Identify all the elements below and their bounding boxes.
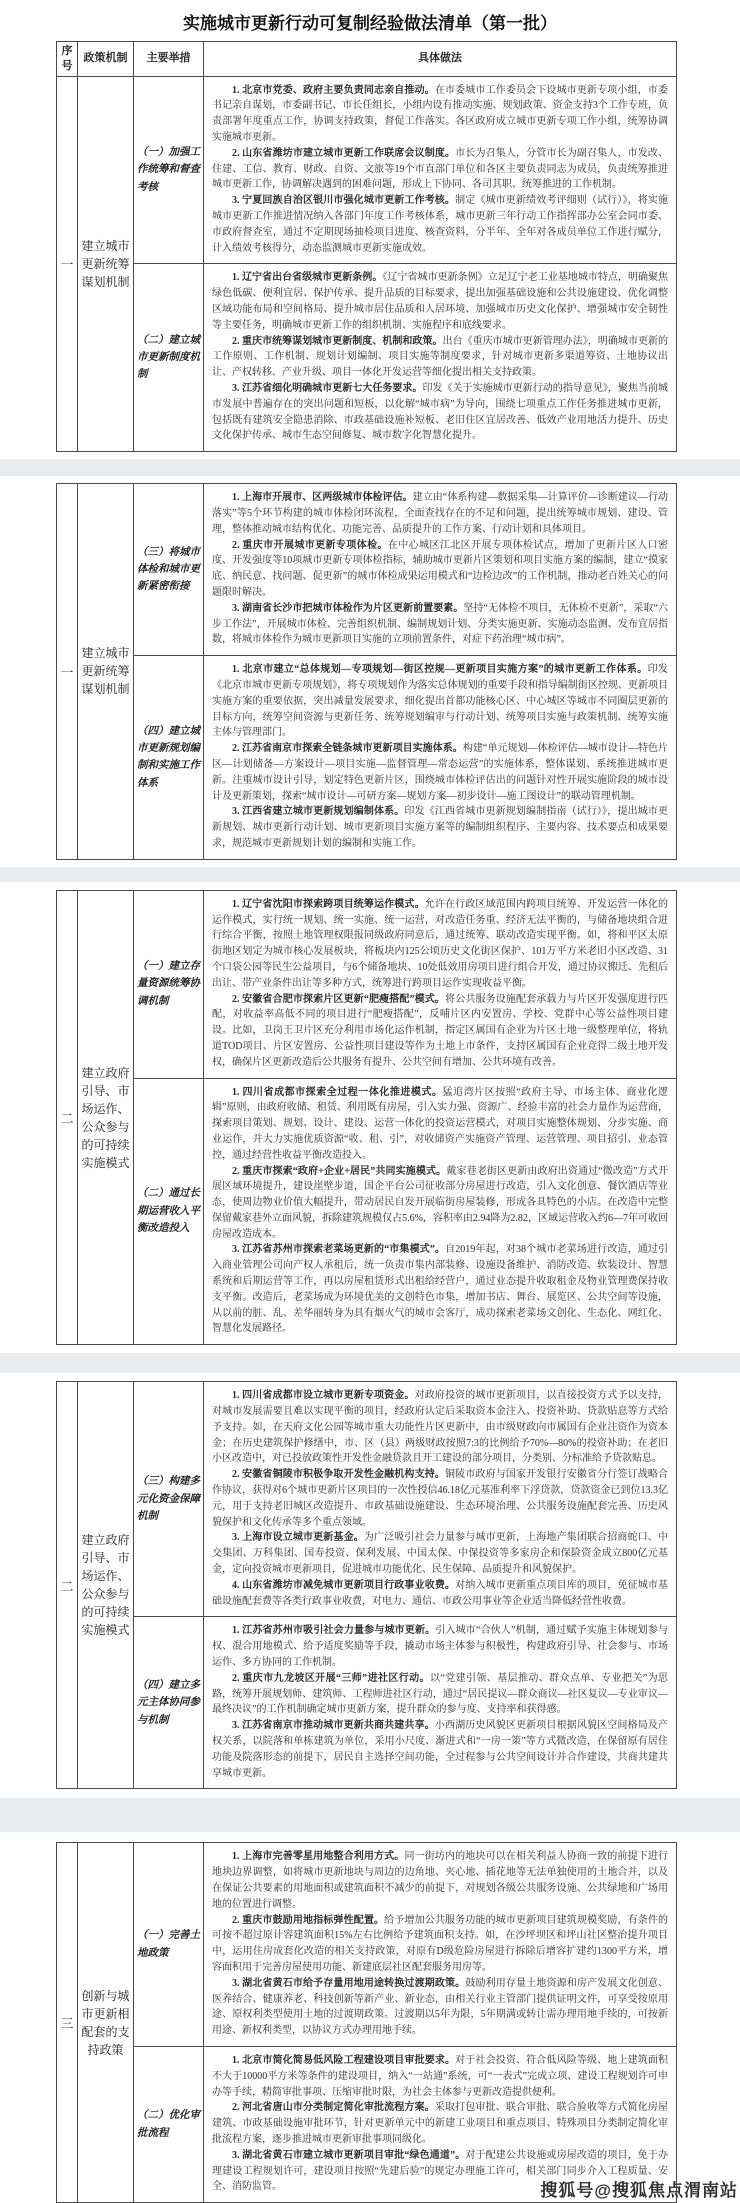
practice-item-lead: 3. 湖北省黄石市给予存量用地用途转换过渡期政策。 — [232, 1978, 465, 1989]
practice-item-lead: 3. 江苏省南京市推动城市更新共商共建共享。 — [232, 1720, 435, 1731]
policy-table-block-3: 二 建立政府引导、市场运作、公众参与的可持续实施模式 （一）建立存量资源统筹协调… — [56, 890, 677, 1346]
policy-table-block-2: 一 建立城市更新统筹谋划机制 （三）将城市体检和城市更新紧密衔接 1. 上海市开… — [56, 483, 677, 860]
measure-label: （四）建立城市更新规划编制和实施工作体系 — [134, 656, 204, 860]
practice-item-lead: 1. 北京市党委、政府主要负责同志亲自推动。 — [232, 85, 435, 96]
practice-item: 2. 重庆市九龙坡区开展“三师”进社区行动。以“党建引领、基层推动、群众点单、专… — [212, 1671, 668, 1718]
mechanism-cell: 建立政府引导、市场运作、公众参与的可持续实施模式 — [78, 890, 134, 1345]
practice-cell: 1. 辽宁省沈阳市探索跨项目统筹运作模式。允许在行政区域范围内跨项目统筹、开发运… — [204, 890, 677, 1078]
table-row: （二）建立城市更新制度机制 1. 辽宁省出台省级城市更新条例。《辽宁省城市更新条… — [57, 264, 677, 452]
practice-cell: 1. 北京市党委、政府主要负责同志亲自推动。在市委城市工作委员会下设城市更新专项… — [204, 76, 677, 264]
practice-item-lead: 3. 江苏省苏州市探索老菜场更新的“市集模式”。 — [232, 1244, 445, 1255]
practice-item: 2. 河北省唐山市分类制定简化审批流程方案。采取打包审批、联合审批、联合验收等方… — [212, 2100, 668, 2147]
practice-item: 3. 江苏省南京市推动城市更新共商共建共享。小西湖历史风貌区更新项目根据风貌区空… — [212, 1718, 668, 1781]
practice-cell: 1. 四川省成都市探索全过程一体化推进模式。猛追湾片区按照“政府主导、市场主体、… — [204, 1078, 677, 1345]
measure-label: （四）建立多元主体协同参与机制 — [134, 1617, 204, 1789]
practice-item: 2. 重庆市探索“政府+企业+居民”共同实施模式。戴家巷老街区更新由政府出资通过… — [212, 1164, 668, 1243]
practice-item: 2. 安徽省合肥市探索片区更新“肥瘦搭配”模式。将公共服务设施配套承载力与片区开… — [212, 992, 668, 1071]
practice-item: 2. 重庆市统筹谋划城市更新制度、机制和政策。出台《重庆市城市更新管理办法》，明… — [212, 334, 668, 381]
header-practice: 具体做法 — [204, 42, 677, 77]
practice-cell: 1. 四川省成都市设立城市更新专项资金。对政府投资的城市更新项目，以直接投资方式… — [204, 1382, 677, 1617]
practice-item: 1. 辽宁省出台省级城市更新条例。《辽宁省城市更新条例》立足辽宁老工业基地城市特… — [212, 270, 668, 333]
practice-item-text: 对政府投资的城市更新项目，以直接投资方式予以支持，对城市发展需要且难以实现平衡的… — [212, 1390, 668, 1464]
table-row: 二 建立政府引导、市场运作、公众参与的可持续实施模式 （三）构建多元化资金保障机… — [57, 1382, 677, 1617]
page-gap — [0, 1798, 740, 1832]
header-measure: 主要举措 — [134, 42, 204, 77]
practice-item: 2. 重庆市开展城市更新专项体检。在中心城区江北区开展专项体检试点，增加了更新片… — [212, 538, 668, 601]
mechanism-cell: 建立城市更新统筹谋划机制 — [78, 76, 134, 452]
practice-cell: 1. 辽宁省出台省级城市更新条例。《辽宁省城市更新条例》立足辽宁老工业基地城市特… — [204, 264, 677, 452]
serial-cell: 三 — [57, 1843, 78, 2203]
header-no: 序号 — [57, 42, 78, 77]
policy-table-block-5: 三 创新与城市更新相配套的支持政策 （一）完善土地政策 1. 上海市完善零星用地… — [56, 1842, 677, 2203]
document-page: 实施城市更新行动可复制经验做法清单（第一批） 序号 政策机制 主要举措 具体做法… — [0, 0, 740, 2203]
practice-item-lead: 1. 北京市简化简易低风险工程建设项目审批要求。 — [232, 2055, 455, 2066]
practice-item-lead: 1. 辽宁省沈阳市探索跨项目统筹运作模式。 — [232, 899, 425, 910]
table-row: 三 创新与城市更新相配套的支持政策 （一）完善土地政策 1. 上海市完善零星用地… — [57, 1843, 677, 2047]
practice-item-lead: 2. 山东省潍坊市建立城市更新工作联席会议制度。 — [232, 148, 455, 159]
practice-item: 2. 山东省潍坊市建立城市更新工作联席会议制度。市长为召集人，分管市长为副召集人… — [212, 146, 668, 193]
practice-item: 3. 上海市设立城市更新基金。为广泛吸引社会力量参与城市更新，上海地产集团联合招… — [212, 1530, 668, 1577]
serial-cell: 二 — [57, 890, 78, 1345]
practice-item: 1. 辽宁省沈阳市探索跨项目统筹运作模式。允许在行政区域范围内跨项目统筹、开发运… — [212, 897, 668, 992]
page-gap — [0, 459, 740, 476]
measure-label: （三）构建多元化资金保障机制 — [134, 1382, 204, 1617]
measure-label: （二）优化审批流程 — [134, 2046, 204, 2202]
watermark: 搜狐号@搜狐焦点渭南站 — [540, 2176, 738, 2201]
practice-item-lead: 1. 上海市开展市、区两级城市体检评估。 — [232, 492, 413, 503]
table-row: （四）建立城市更新规划编制和实施工作体系 1. 北京市建立“总体规划—专项规划—… — [57, 656, 677, 860]
measure-label: （三）将城市体检和城市更新紧密衔接 — [134, 484, 204, 656]
practice-item: 3. 江苏省细化明确城市更新七大任务要求。印发《关于实施城市更新行动的指导意见》… — [212, 381, 668, 444]
practice-item-lead: 3. 江苏省细化明确城市更新七大任务要求。 — [232, 383, 422, 394]
measure-label: （一）完善土地政策 — [134, 1843, 204, 2047]
page-gap — [0, 1353, 740, 1373]
practice-cell: 1. 上海市开展市、区两级城市体检评估。建立由“体系构建—数据采集—计算评价—诊… — [204, 484, 677, 656]
practice-item: 1. 四川省成都市探索全过程一体化推进模式。猛追湾片区按照“政府主导、市场主体、… — [212, 1085, 668, 1164]
serial-cell: 一 — [57, 76, 78, 452]
practice-item-lead: 1. 江苏省苏州市吸引社会力量参与城市更新。 — [232, 1625, 435, 1636]
practice-item: 1. 四川省成都市设立城市更新专项资金。对政府投资的城市更新项目，以直接投资方式… — [212, 1388, 668, 1467]
measure-label: （一）建立存量资源统筹协调机制 — [134, 890, 204, 1078]
practice-item: 4. 山东省潍坊市减免城市更新项目行政事业收费。对纳入城市更新重点项目库的项目，… — [212, 1578, 668, 1610]
measure-label: （二）通过长期运营收入平衡改造投入 — [134, 1078, 204, 1345]
table-header-row: 序号 政策机制 主要举措 具体做法 — [57, 42, 677, 77]
table-row: （四）建立多元主体协同参与机制 1. 江苏省苏州市吸引社会力量参与城市更新。引入… — [57, 1617, 677, 1789]
practice-item: 3. 湖南省长沙市把城市体检作为片区更新前置要素。坚持“无体检不项目，无体检不更… — [212, 601, 668, 648]
serial-cell: 二 — [57, 1382, 78, 1789]
practice-item-lead: 1. 辽宁省出台省级城市更新条例。 — [232, 272, 382, 283]
practice-item: 1. 江苏省苏州市吸引社会力量参与城市更新。引入城市“合伙人”机制，通过赋予实施… — [212, 1623, 668, 1670]
mechanism-cell: 建立政府引导、市场运作、公众参与的可持续实施模式 — [78, 1382, 134, 1789]
table-row: 二 建立政府引导、市场运作、公众参与的可持续实施模式 （一）建立存量资源统筹协调… — [57, 890, 677, 1078]
mechanism-cell: 创新与城市更新相配套的支持政策 — [78, 1843, 134, 2203]
mechanism-cell: 建立城市更新统筹谋划机制 — [78, 484, 134, 860]
page-gap — [0, 867, 740, 882]
practice-item-lead: 2. 河北省唐山市分类制定简化审批流程方案。 — [232, 2102, 435, 2113]
practice-item-text: 自2019年起，对38个城市老菜场进行改造，通过引入商业管理公司向产权人承租后，… — [212, 1244, 668, 1334]
measure-label: （二）建立城市更新制度机制 — [134, 264, 204, 452]
practice-item-text: 印发《北京市城市更新专项规划》，将专项规划作为落实总体规划的重要手段和指导编制街… — [212, 664, 668, 738]
practice-item-lead: 1. 四川省成都市设立城市更新专项资金。 — [232, 1390, 415, 1401]
table-row: （二）通过长期运营收入平衡改造投入 1. 四川省成都市探索全过程一体化推进模式。… — [57, 1078, 677, 1345]
practice-item-lead: 1. 四川省成都市探索全过程一体化推进模式。 — [232, 1087, 443, 1098]
practice-item: 1. 上海市开展市、区两级城市体检评估。建立由“体系构建—数据采集—计算评价—诊… — [212, 490, 668, 537]
practice-item: 2. 重庆市鼓励用地指标弹性配置。给予增加公共服务功能的城市更新项目建筑规模奖励… — [212, 1913, 668, 1976]
practice-item: 2. 江苏省南京市探索全链条城市更新项目实施体系。构建“单元规划—体检评估—城市… — [212, 741, 668, 804]
policy-table-block-1: 序号 政策机制 主要举措 具体做法 一 建立城市更新统筹谋划机制 （一）加强工作… — [56, 41, 677, 452]
practice-item-lead: 2. 安徽省合肥市探索片区更新“肥瘦搭配”模式。 — [232, 994, 445, 1005]
practice-item-lead: 2. 江苏省南京市探索全链条城市更新项目实施体系。 — [232, 743, 463, 754]
serial-cell: 一 — [57, 484, 78, 860]
practice-item: 3. 湖北省黄石市给予存量用地用途转换过渡期政策。鼓励利用存量土地资源和房产发展… — [212, 1976, 668, 2039]
practice-item-lead: 3. 湖南省长沙市把城市体检作为片区更新前置要素。 — [232, 603, 463, 614]
practice-item-lead: 3. 上海市设立城市更新基金。 — [232, 1532, 364, 1543]
practice-item: 1. 北京市简化简易低风险工程建设项目审批要求。对于社会投资、符合低风险等级、地… — [212, 2053, 668, 2100]
practice-item-lead: 2. 重庆市开展城市更新专项体检。 — [232, 540, 388, 551]
practice-cell: 1. 北京市建立“总体规划—专项规划—街区控规—更新项目实施方案”的城市更新工作… — [204, 656, 677, 860]
practice-item-text: 允许在行政区域范围内跨项目统筹、开发运营一体化的运作模式，实行统一规划、统一实施… — [212, 899, 668, 989]
practice-cell: 1. 上海市完善零星用地整合利用方式。同一街坊内的地块可以在相关利益人协商一致的… — [204, 1843, 677, 2047]
header-mechanism: 政策机制 — [78, 42, 134, 77]
page-title: 实施城市更新行动可复制经验做法清单（第一批） — [0, 0, 740, 41]
practice-item-lead: 3. 宁夏回族自治区银川市强化城市更新工作考核。 — [232, 195, 455, 206]
practice-item: 2. 安徽省铜陵市积极争取开发性金融机构支持。铜陵市政府与国家开发银行安徽省分行… — [212, 1467, 668, 1530]
practice-cell: 1. 江苏省苏州市吸引社会力量参与城市更新。引入城市“合伙人”机制，通过赋予实施… — [204, 1617, 677, 1789]
table-row: 一 建立城市更新统筹谋划机制 （一）加强工作统筹和督查考核 1. 北京市党委、政… — [57, 76, 677, 264]
practice-item-lead: 4. 山东省潍坊市减免城市更新项目行政事业收费。 — [232, 1580, 455, 1591]
practice-item: 3. 江西省建立城市更新规划编制体系。印发《江西省城市更新规划编制指南（试行）》… — [212, 804, 668, 851]
practice-item: 1. 上海市完善零星用地整合利用方式。同一街坊内的地块可以在相关利益人协商一致的… — [212, 1849, 668, 1912]
practice-item-lead: 2. 重庆市探索“政府+企业+居民”共同实施模式。 — [232, 1166, 446, 1177]
practice-item: 3. 宁夏回族自治区银川市强化城市更新工作考核。制定《城市更新绩效考评细则（试行… — [212, 193, 668, 256]
table-row: 一 建立城市更新统筹谋划机制 （三）将城市体检和城市更新紧密衔接 1. 上海市开… — [57, 484, 677, 656]
practice-item-lead: 3. 江西省建立城市更新规划编制体系。 — [232, 806, 404, 817]
practice-item-lead: 3. 湖北省黄石市建立城市更新项目审批“绿色通道”。 — [232, 2150, 465, 2161]
practice-item-lead: 2. 重庆市鼓励用地指标弹性配置。 — [232, 1915, 384, 1926]
practice-item: 1. 北京市建立“总体规划—专项规划—街区控规—更新项目实施方案”的城市更新工作… — [212, 662, 668, 741]
practice-item: 3. 江苏省苏州市探索老菜场更新的“市集模式”。自2019年起，对38个城市老菜… — [212, 1242, 668, 1337]
practice-item-lead: 2. 重庆市九龙坡区开展“三师”进社区行动。 — [232, 1673, 430, 1684]
measure-label: （一）加强工作统筹和督查考核 — [134, 76, 204, 264]
policy-table-block-4: 二 建立政府引导、市场运作、公众参与的可持续实施模式 （三）构建多元化资金保障机… — [56, 1381, 677, 1789]
practice-item: 1. 北京市党委、政府主要负责同志亲自推动。在市委城市工作委员会下设城市更新专项… — [212, 83, 668, 146]
practice-item-lead: 2. 重庆市统筹谋划城市更新制度、机制和政策。 — [232, 336, 443, 347]
practice-item-lead: 1. 上海市完善零星用地整合利用方式。 — [232, 1851, 404, 1862]
practice-item-lead: 1. 北京市建立“总体规划—专项规划—街区控规—更新项目实施方案”的城市更新工作… — [232, 664, 648, 675]
practice-item-lead: 2. 安徽省铜陵市积极争取开发性金融机构支持。 — [232, 1469, 445, 1480]
